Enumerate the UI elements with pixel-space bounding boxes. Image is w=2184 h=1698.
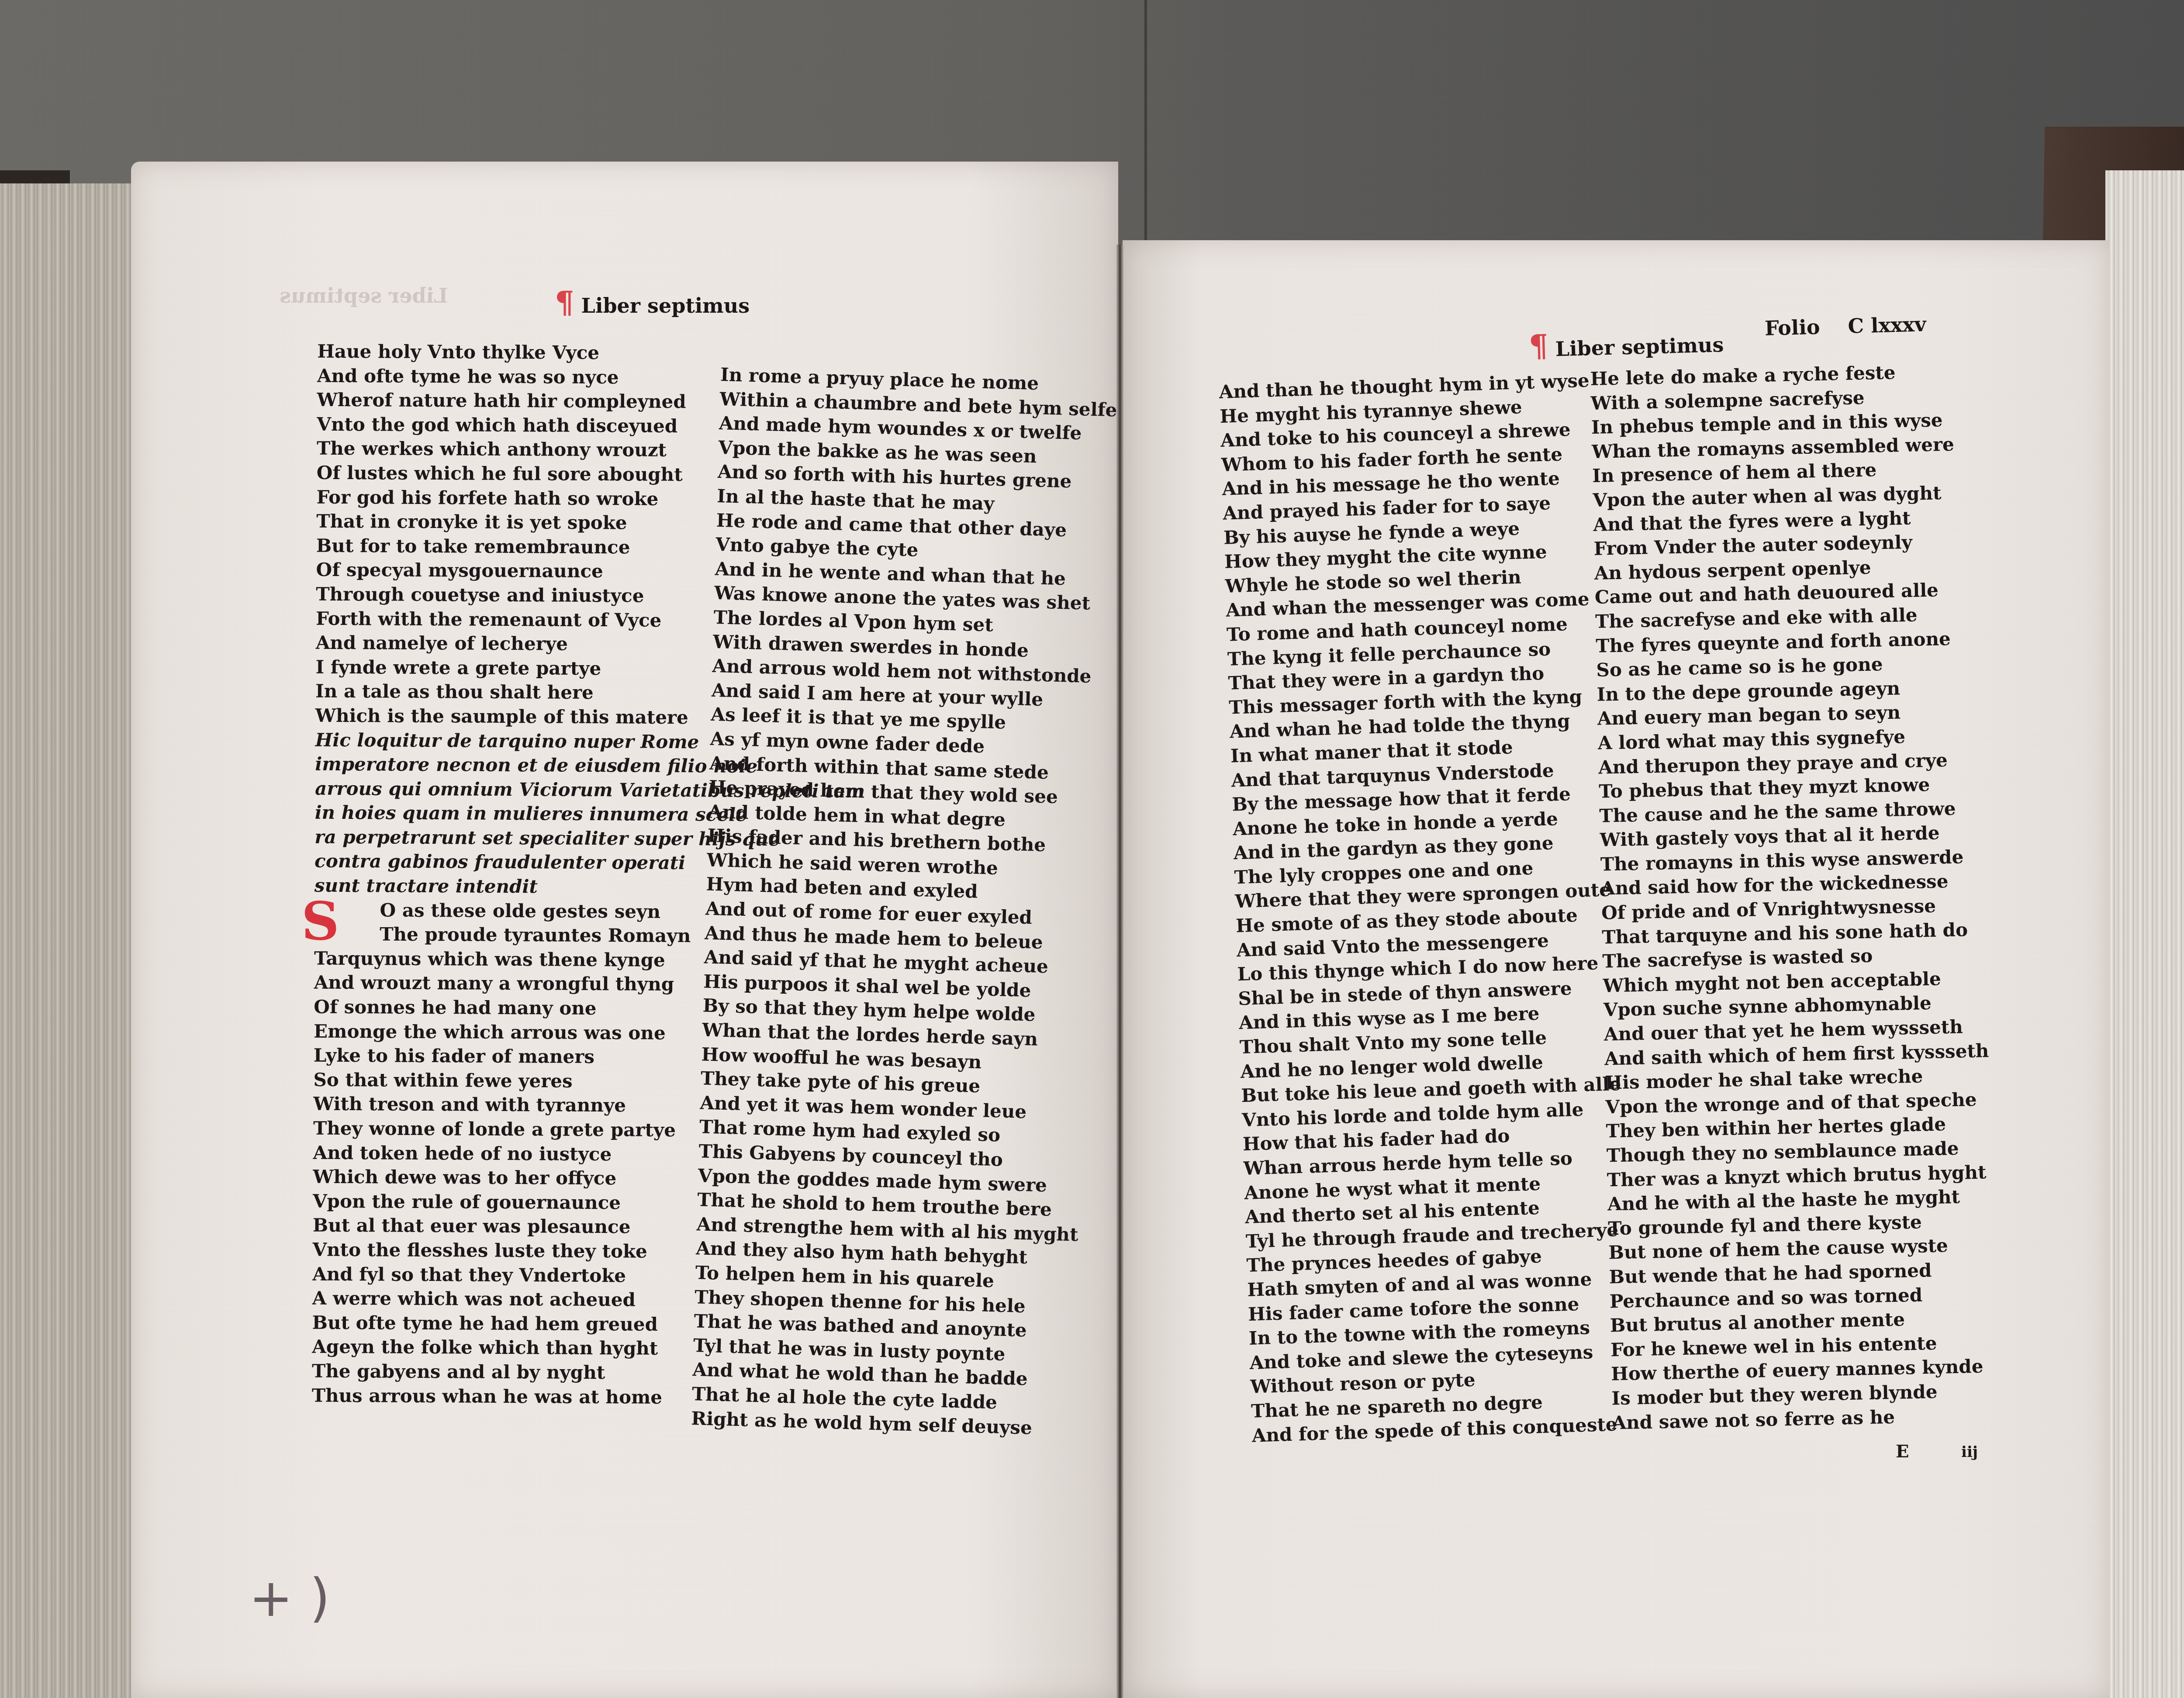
- book-gutter: [1116, 245, 1124, 1698]
- page-edges-left: [0, 183, 131, 1698]
- folio-number: C lxxxv: [1848, 312, 1926, 338]
- rubricated-initial: S: [301, 895, 339, 948]
- page-edges-right: [2105, 170, 2184, 1698]
- right-running-head-title: Liber septimus: [1555, 333, 1724, 361]
- right-page-column-1: And than he thought hym in yt wyse He my…: [1219, 368, 1632, 1448]
- pilcrow-mark: ¶: [1528, 328, 1549, 364]
- background-seam: [1144, 0, 1147, 245]
- ink-offset-shadow: Liber septimus: [280, 284, 448, 307]
- signature-number: iij: [1961, 1443, 1978, 1461]
- verse-line: Haue holy Vnto thylke Vyce: [317, 339, 867, 366]
- folio-label: Folio: [1764, 315, 1820, 340]
- right-page-column-2: He lete do make a ryche feste With a sol…: [1590, 359, 1997, 1435]
- left-page-column-2: In rome a pryuy place he nome Within a c…: [691, 362, 1118, 1442]
- left-running-head-title: Liber septimus: [581, 294, 750, 318]
- folio-heading: Folio C lxxxv: [1764, 312, 1926, 340]
- right-running-head: ¶ Liber septimus: [1528, 323, 1724, 364]
- pilcrow-mark: ¶: [555, 284, 574, 320]
- left-running-head: ¶ Liber septimus: [555, 284, 750, 320]
- signature-mark: E: [1896, 1441, 1909, 1462]
- pencil-annotation: + ): [249, 1568, 330, 1629]
